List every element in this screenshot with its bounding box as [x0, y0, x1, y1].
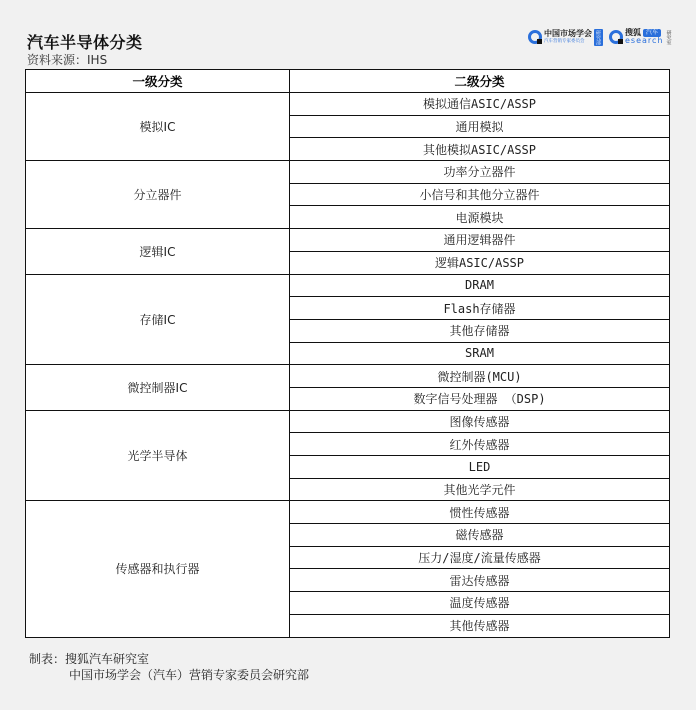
level2-category-cell: 功率分立器件	[290, 161, 670, 184]
level2-category-cell: 惯性传感器	[290, 501, 670, 524]
q-logo-icon	[609, 30, 623, 44]
table-header-row: 一级分类 二级分类	[26, 70, 670, 93]
classification-table: 一级分类 二级分类 模拟IC模拟通信ASIC/ASSP通用模拟其他模拟ASIC/…	[25, 69, 670, 638]
header-level2: 二级分类	[290, 70, 670, 93]
footer: 制表：搜狐汽车研究室 中国市场学会（汽车）营销专家委员会研究部	[29, 651, 309, 683]
level2-category-cell: 温度传感器	[290, 592, 670, 615]
level2-category-cell: 通用模拟	[290, 115, 670, 138]
page-title: 汽车半导体分类	[27, 30, 143, 53]
level2-category-cell: DRAM	[290, 274, 670, 297]
level1-category-cell: 光学半导体	[26, 410, 290, 501]
level2-category-cell: 电源模块	[290, 206, 670, 229]
level2-category-cell: 小信号和其他分立器件	[290, 183, 670, 206]
level2-category-cell: 压力/湿度/流量传感器	[290, 546, 670, 569]
level2-category-cell: 数字信号处理器 （DSP)	[290, 387, 670, 410]
level2-category-cell: 逻辑ASIC/ASSP	[290, 251, 670, 274]
level2-category-cell: 磁传感器	[290, 524, 670, 547]
level2-category-cell: 微控制器(MCU)	[290, 365, 670, 388]
table-row: 光学半导体图像传感器	[26, 410, 670, 433]
level1-category-cell: 存储IC	[26, 274, 290, 365]
level1-category-cell: 模拟IC	[26, 93, 290, 161]
level1-category-cell: 传感器和执行器	[26, 501, 290, 637]
footer-line2: 中国市场学会（汽车）营销专家委员会研究部	[29, 667, 309, 683]
table-body: 模拟IC模拟通信ASIC/ASSP通用模拟其他模拟ASIC/ASSP分立器件功率…	[26, 93, 670, 638]
level2-category-cell: LED	[290, 456, 670, 479]
footer-line1: 制表：搜狐汽车研究室	[29, 651, 309, 667]
cms-logo-sub: 汽车营销专家委员会	[544, 40, 592, 45]
level1-category-cell: 分立器件	[26, 161, 290, 229]
logo-group: 中国市场学会 汽车营销专家委员会 研究部 搜狐 汽车 esearch 研究室	[528, 25, 673, 49]
sohu-logo-vertical: 研究室	[666, 30, 673, 45]
cms-logo: 中国市场学会 汽车营销专家委员会 研究部	[528, 29, 603, 46]
level2-category-cell: 图像传感器	[290, 410, 670, 433]
level1-category-cell: 逻辑IC	[26, 229, 290, 274]
level2-category-cell: 红外传感器	[290, 433, 670, 456]
table-row: 传感器和执行器惯性传感器	[26, 501, 670, 524]
sohu-logo-sub: esearch	[625, 37, 664, 45]
cms-logo-tag: 研究部	[594, 29, 603, 46]
table-row: 模拟IC模拟通信ASIC/ASSP	[26, 93, 670, 116]
table-row: 存储ICDRAM	[26, 274, 670, 297]
level2-category-cell: 通用逻辑器件	[290, 229, 670, 252]
q-logo-icon	[528, 30, 542, 44]
header-level1: 一级分类	[26, 70, 290, 93]
level2-category-cell: 模拟通信ASIC/ASSP	[290, 93, 670, 116]
table-row: 微控制器IC微控制器(MCU)	[26, 365, 670, 388]
level2-category-cell: SRAM	[290, 342, 670, 365]
level2-category-cell: 其他传感器	[290, 614, 670, 637]
level2-category-cell: Flash存储器	[290, 297, 670, 320]
level2-category-cell: 其他光学元件	[290, 478, 670, 501]
table-row: 分立器件功率分立器件	[26, 161, 670, 184]
level2-category-cell: 雷达传感器	[290, 569, 670, 592]
level1-category-cell: 微控制器IC	[26, 365, 290, 410]
table-row: 逻辑IC通用逻辑器件	[26, 229, 670, 252]
sohu-research-logo: 搜狐 汽车 esearch 研究室	[609, 29, 673, 45]
level2-category-cell: 其他存储器	[290, 319, 670, 342]
cms-logo-main: 中国市场学会	[544, 30, 592, 38]
level2-category-cell: 其他模拟ASIC/ASSP	[290, 138, 670, 161]
data-source: 资料来源：IHS	[27, 51, 107, 68]
